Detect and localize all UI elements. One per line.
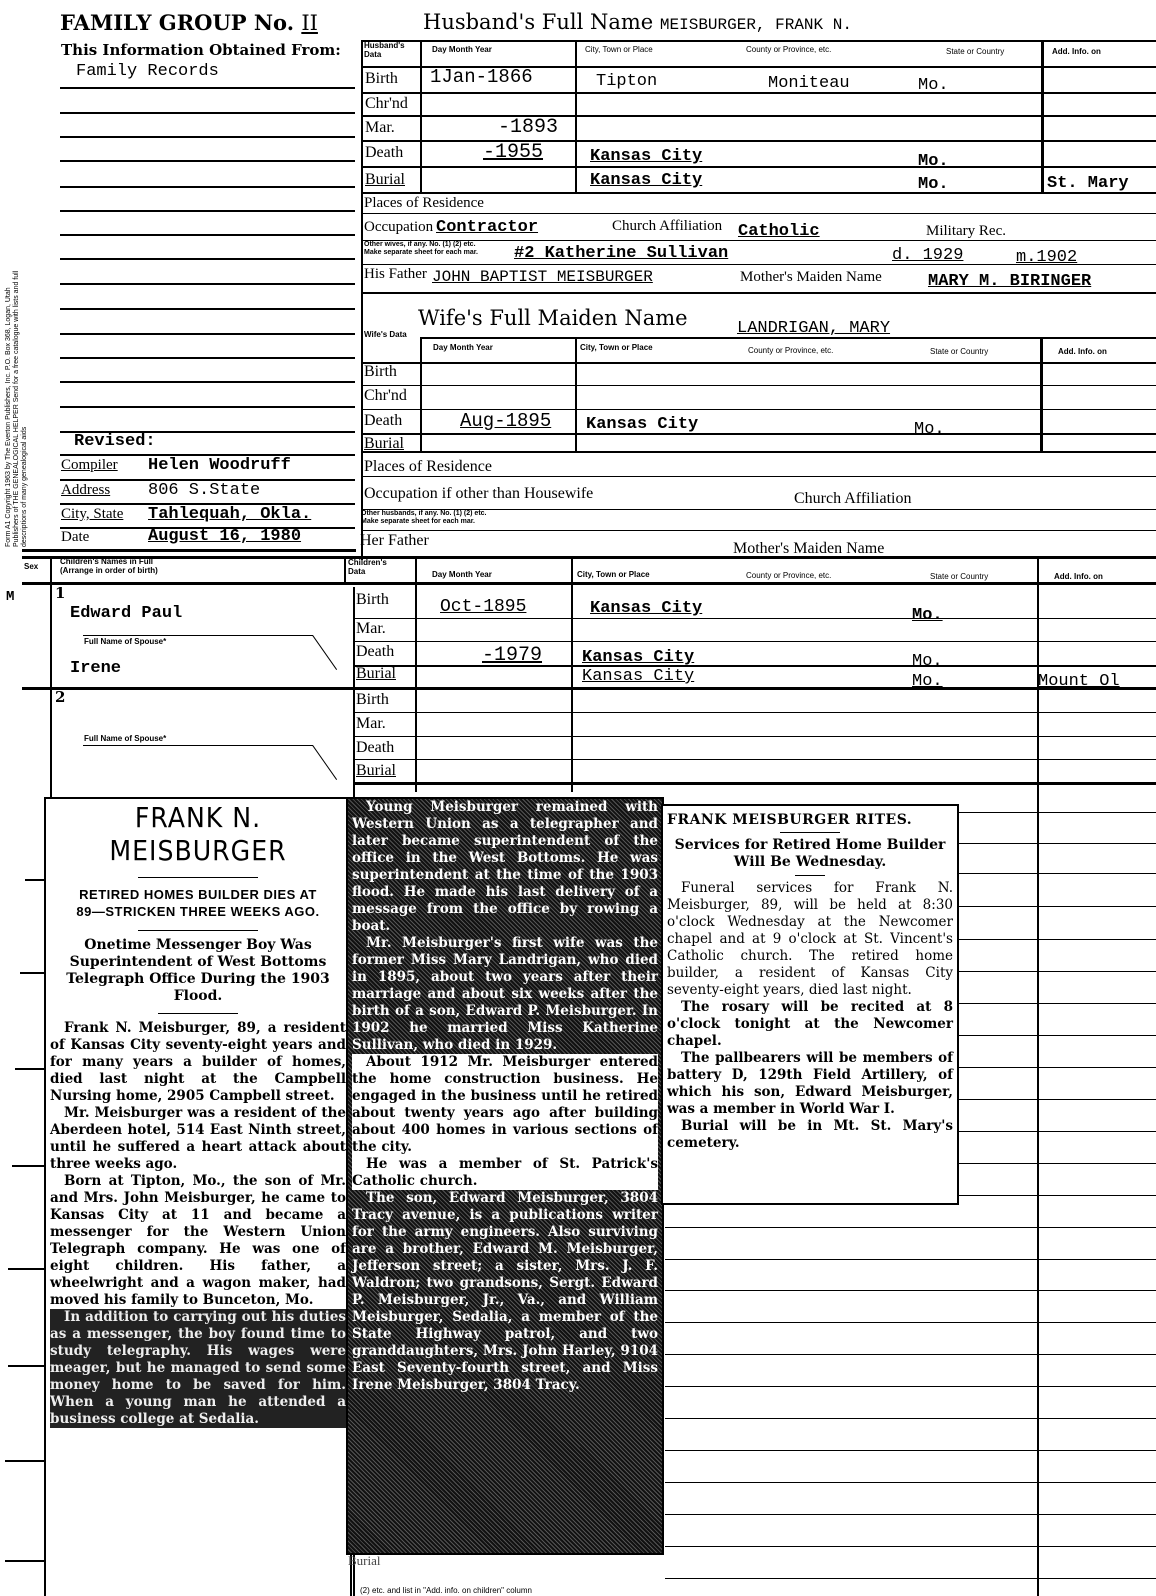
child-1-row-marriage: Mar. [356, 620, 386, 638]
children-col-state-header: State or Country [930, 572, 988, 581]
obituary-paragraph: Frank N. Meisburger, 89, a resident of K… [50, 1020, 346, 1105]
obituary-deck: Onetime Messenger Boy Was Superintendent… [50, 937, 346, 1005]
continuation-paragraph: Young Meisburger remained with Western U… [352, 799, 658, 935]
birth-date[interactable]: 1Jan-1866 [430, 66, 533, 88]
wife-row-birth: Birth [364, 363, 397, 381]
child-1-death-date[interactable]: -1979 [482, 644, 542, 667]
city-state-label: City, State [61, 506, 123, 523]
husband-name-label: Husband's Full Name [423, 10, 653, 34]
other-wives-value[interactable]: #2 Katherine Sullivan [514, 244, 728, 263]
info-obtained-label: This Information Obtained From: [61, 41, 341, 59]
col-date-header: Day Month Year [432, 45, 492, 54]
info-obtained-value[interactable]: Family Records [76, 62, 219, 81]
child-1-row-death: Death [356, 643, 394, 661]
child-2-row-death: Death [356, 739, 394, 757]
other-wives-label-2: Make separate sheet for each mar. [364, 249, 478, 257]
children-col-city-header: City, Town or Place [577, 570, 650, 579]
col-addinfo-header: Add. Info. on [1052, 47, 1101, 56]
husband-church-value[interactable]: Catholic [738, 222, 820, 241]
compiler-label: Compiler [61, 457, 118, 474]
marriage-date[interactable]: -1893 [498, 116, 558, 139]
child-1-row-birth: Birth [356, 591, 389, 609]
wife-data-header: Wife's Data [364, 330, 414, 339]
death-city[interactable]: Kansas City [590, 147, 702, 166]
child-1-birth-state[interactable]: Mo. [912, 606, 943, 625]
military-label: Military Rec. [926, 223, 1006, 240]
birth-county[interactable]: Moniteau [768, 74, 850, 93]
children-names-header: Children's Names in Full (Arrange in ord… [60, 557, 158, 575]
child-2-row-marriage: Mar. [356, 715, 386, 733]
col-city-header: City, Town or Place [585, 45, 653, 54]
copyright-sidebar: Form A1 Copyright 1963 by The Everton Pu… [5, 257, 29, 547]
obituary-paragraph: Born at Tipton, Mo., the son of Mr. and … [50, 1173, 346, 1309]
husband-data-header: Husband's Data [364, 41, 418, 59]
his-father-value[interactable]: JOHN BAPTIST MEISBURGER [432, 268, 653, 286]
children-col-county-header: County or Province, etc. [746, 571, 831, 580]
continuation-paragraph: Mr. Meisburger's first wife was the form… [352, 935, 658, 1054]
obituary-continuation-clipping: Young Meisburger remained with Western U… [346, 797, 664, 1555]
child-1-burial-city[interactable]: Kansas City [582, 667, 694, 686]
wife-col-addinfo-header: Add. Info. on [1058, 347, 1107, 356]
child-1-spouse[interactable]: Irene [70, 659, 121, 678]
col-county-header: County or Province, etc. [746, 45, 831, 54]
child-1-birth-city[interactable]: Kansas City [590, 599, 702, 618]
his-mother-value[interactable]: MARY M. BIRINGER [928, 272, 1091, 291]
his-father-label: His Father [364, 266, 427, 283]
husband-row-chrnd: Chr'nd [365, 95, 408, 113]
group-number: II [301, 11, 318, 35]
husband-occupation-value[interactable]: Contractor [436, 218, 538, 237]
burial-city[interactable]: Kansas City [590, 171, 702, 190]
date-label: Date [61, 529, 89, 546]
wife-name-label: Wife's Full Maiden Name [418, 306, 688, 330]
continuation-paragraph: About 1912 Mr. Meisburger entered the ho… [352, 1054, 658, 1156]
wife-col-county-header: County or Province, etc. [748, 346, 833, 355]
child-1-name[interactable]: Edward Paul [70, 604, 182, 623]
child-2-row-birth: Birth [356, 691, 389, 709]
obituary-headline: FRANK N. MEISBURGER [50, 801, 346, 867]
wife-death-city[interactable]: Kansas City [586, 415, 698, 434]
address-value[interactable]: 806 S.State [148, 481, 260, 500]
rites-paragraph: Funeral services for Frank N. Meisburger… [667, 880, 953, 999]
rites-paragraph: The pallbearers will be members of batte… [667, 1050, 953, 1118]
wife-name-value[interactable]: LANDRIGAN, MARY [737, 319, 890, 338]
husband-name-value: MEISBURGER, FRANK N. [660, 16, 852, 34]
other-husbands-label: Other husbands, if any. No. (1) (2) etc.… [361, 510, 487, 526]
other-husbands-label-1: Other husbands, if any. No. (1) (2) etc. [361, 510, 487, 518]
row-label: Death [364, 412, 402, 430]
rites-subhead: Services for Retired Home Builder Will B… [667, 837, 953, 871]
other-wives-label: Other wives, if any. No. (1) (2) etc. Ma… [364, 241, 478, 257]
sex-header: Sex [24, 562, 38, 571]
row-label: Mar. [365, 119, 395, 137]
date-value[interactable]: August 16, 1980 [148, 527, 301, 546]
husband-name-line: Husband's Full Name MEISBURGER, FRANK N. [423, 10, 852, 34]
obituary-paragraph: In addition to carrying out his duties a… [50, 1309, 346, 1428]
rites-paragraph: Burial will be in Mt. St. Mary's cemeter… [667, 1118, 953, 1152]
wife-col-city-header: City, Town or Place [580, 343, 653, 352]
form-title-label: FAMILY GROUP No. [60, 10, 294, 35]
row-label: Birth [365, 70, 398, 88]
child-1-death-state[interactable]: Mo. [912, 652, 943, 671]
row-label: Death [365, 144, 403, 162]
address-label: Address [61, 482, 110, 499]
her-father-label: Her Father [360, 532, 429, 550]
rites-clipping: FRANK MEISBURGER RITES. Services for Ret… [661, 804, 959, 1205]
child-1-row-burial: Burial [356, 665, 396, 683]
continuation-paragraph: The son, Edward Meisburger, 3804 Tracy a… [352, 1190, 658, 1394]
child-1-birth-date[interactable]: Oct-1895 [440, 597, 526, 617]
obituary-clipping: FRANK N. MEISBURGER RETIRED HOMES BUILDE… [44, 797, 352, 1596]
birth-city[interactable]: Tipton [596, 72, 657, 91]
death-state[interactable]: Mo. [918, 152, 949, 171]
husband-residence-label: Places of Residence [364, 195, 484, 212]
obituary-paragraph: Mr. Meisburger was a resident of the Abe… [50, 1105, 346, 1173]
wife-death-date[interactable]: Aug-1895 [460, 410, 551, 432]
footer-note: (2) etc. and list in "Add. info. on chil… [360, 1586, 532, 1595]
husband-church-label: Church Affiliation [612, 218, 722, 235]
city-state-value[interactable]: Tahlequah, Okla. [148, 505, 311, 524]
continuation-paragraph: He was a member of St. Patrick's Catholi… [352, 1156, 658, 1190]
child-2-number: 2 [55, 688, 65, 706]
children-col-addinfo-header: Add. Info. on [1054, 572, 1103, 581]
form-title: FAMILY GROUP No. II [60, 10, 318, 35]
col-state-header: State or Country [946, 47, 1004, 56]
wife-death-state[interactable]: Mo. [914, 420, 945, 439]
wife-row-chrnd: Chr'nd [364, 387, 407, 405]
death-date[interactable]: -1955 [483, 141, 543, 164]
wife-col-date-header: Day Month Year [433, 343, 493, 352]
child-1-sex[interactable]: M [6, 589, 14, 605]
children-data-header: Children's Data [348, 558, 398, 576]
child-2-row-burial: Burial [356, 762, 396, 780]
obituary-subhead-2: 89—STRICKEN THREE WEEKS AGO. [50, 903, 346, 920]
child-1-spouse-label: Full Name of Spouse* [84, 637, 166, 646]
rites-paragraph: The rosary will be recited at 8 o'clock … [667, 999, 953, 1050]
child-row-burial-partial: Burial [348, 1553, 381, 1569]
children-col-date-header: Day Month Year [432, 570, 492, 579]
wife-residence-label: Places of Residence [364, 458, 492, 476]
obituary-subhead: RETIRED HOMES BUILDER DIES AT 89—STRICKE… [50, 886, 346, 920]
row-label: Burial [365, 171, 405, 189]
child-1-number: 1 [55, 584, 65, 602]
other-husbands-label-2: Make separate sheet for each mar. [361, 518, 487, 526]
other-wives-label-1: Other wives, if any. No. (1) (2) etc. [364, 241, 478, 249]
children-names-header-1: Children's Names in Full [60, 557, 158, 566]
child-2-spouse-label: Full Name of Spouse* [84, 734, 166, 743]
revised-label: Revised: [74, 432, 156, 451]
wife-occupation-label: Occupation if other than Housewife [364, 485, 593, 503]
his-mother-label: Mother's Maiden Name [740, 269, 882, 286]
children-names-header-2: (Arrange in order of birth) [60, 566, 158, 575]
rites-headline: FRANK MEISBURGER RITES. [667, 812, 953, 828]
wife-church-label: Church Affiliation [794, 490, 911, 508]
husband-occupation-label: Occupation [364, 219, 433, 236]
compiler-value[interactable]: Helen Woodruff [148, 456, 291, 475]
burial-add-info[interactable]: St. Mary [1047, 174, 1129, 193]
obituary-subhead-1: RETIRED HOMES BUILDER DIES AT [50, 886, 346, 903]
wife-col-state-header: State or Country [930, 347, 988, 356]
other-wife-death[interactable]: d. 1929 [892, 246, 963, 265]
